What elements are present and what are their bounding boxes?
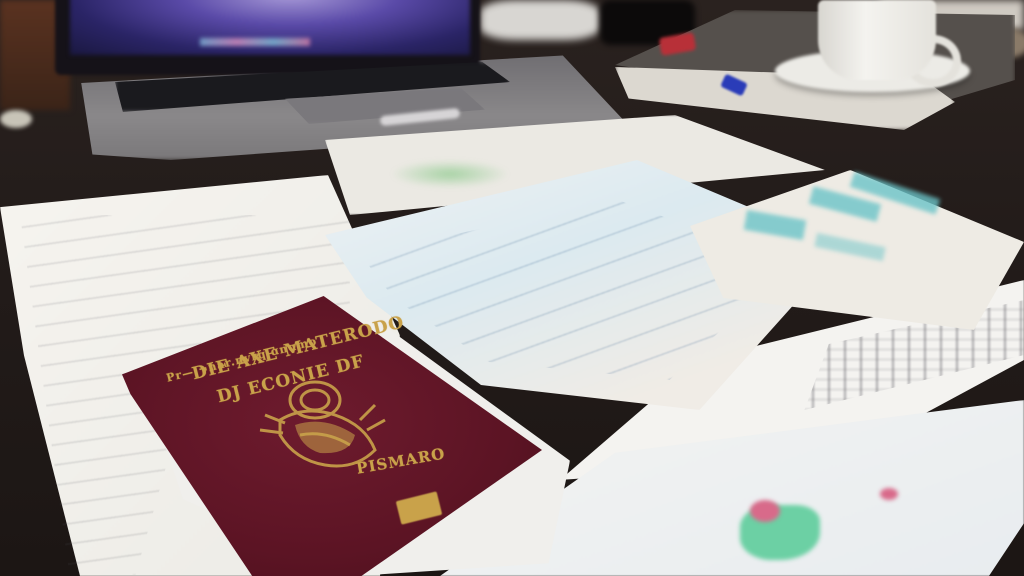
green-highlight	[390, 160, 510, 188]
map-pink-region	[750, 500, 780, 522]
laptop-display	[70, 0, 470, 55]
coffee-cup	[818, 0, 936, 80]
laptop-dock-icons	[200, 38, 310, 46]
crumpled-paper	[480, 0, 600, 40]
photo-scene: Pr— ¬nar.nvrq ɑnɑmo DIE AXE MATERODO DJ …	[0, 0, 1024, 576]
map-pink-mark	[880, 488, 898, 500]
computer-mouse	[0, 110, 32, 128]
